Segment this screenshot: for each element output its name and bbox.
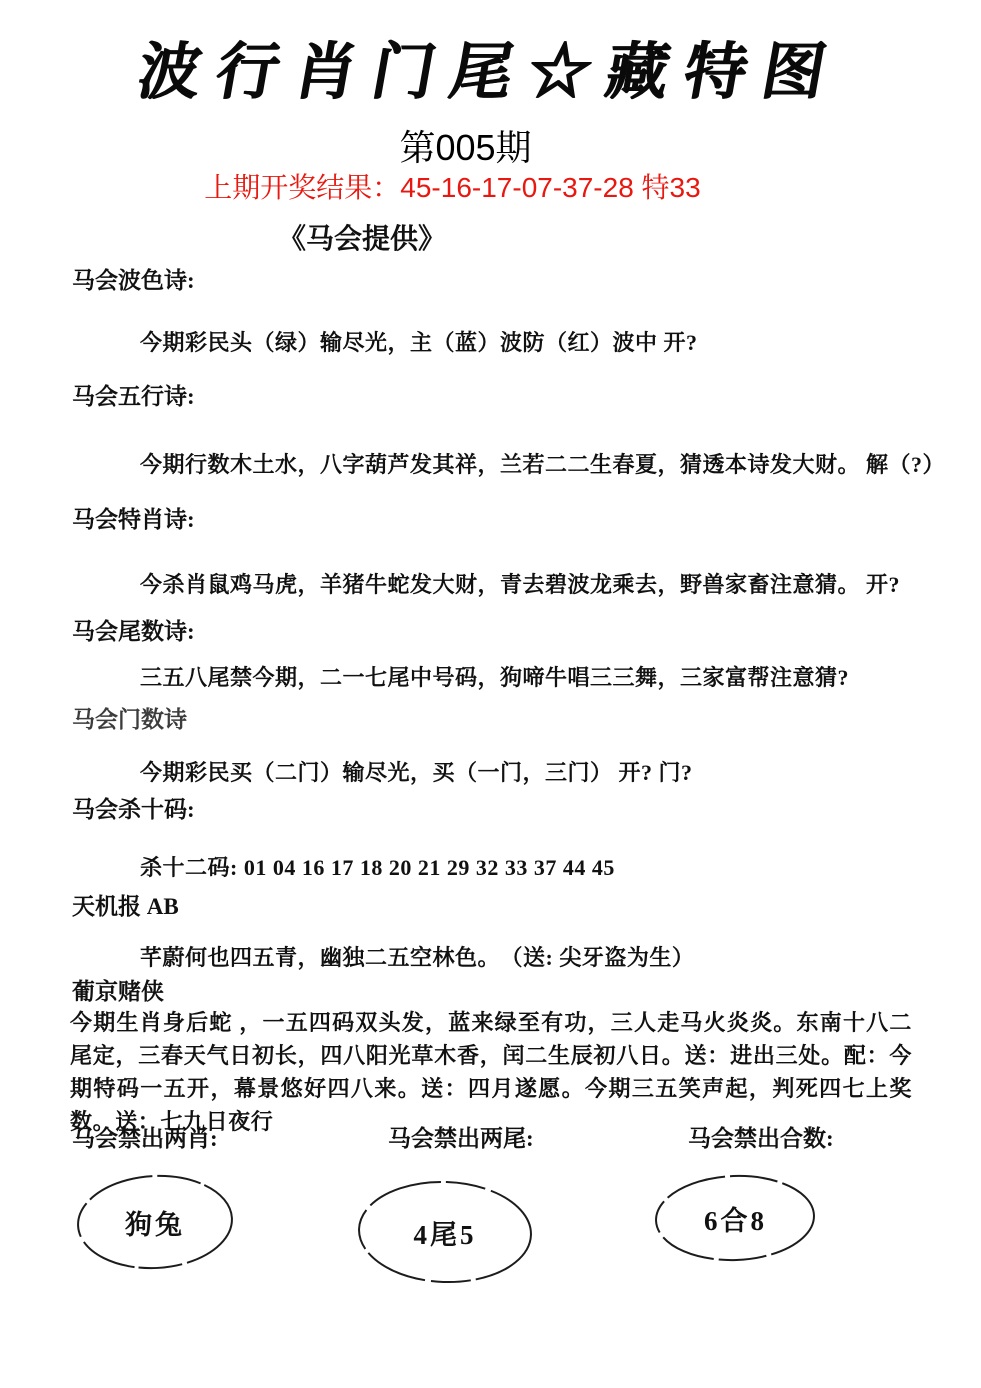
provider-label: 《马会提供》 <box>278 217 446 257</box>
ban-two-tail-value: 4尾5 <box>414 1213 477 1252</box>
ban-two-zodiac-value: 狗兔 <box>125 1203 185 1242</box>
last-draw-result: 上期开奖结果：45-16-17-07-37-28 特33 <box>0 166 943 206</box>
section-content-bose: 今期彩民头（绿）输尽光，主（蓝）波防（红）波中 开? <box>140 326 698 357</box>
section-content-texiao: 今杀肖鼠鸡马虎，羊猪牛蛇发大财，青去碧波龙乘去，野兽家畜注意猜。 开? <box>140 568 900 599</box>
ban-sum-value: 6合8 <box>704 1199 767 1238</box>
section-content-weishu: 三五八尾禁今期，二一七尾中号码，狗啼牛唱三三舞，三家富帮注意猜? <box>140 661 849 692</box>
tipsheet-page: 波行肖门尾☆藏特图 第005期 上期开奖结果：45-16-17-07-37-28… <box>0 0 981 1388</box>
section-content-wuxing: 今期行数木土水，八字葫芦发其祥，兰若二二生春夏，猜透本诗发大财。 解（?） <box>140 448 945 479</box>
section-content-shashima: 杀十二码: 01 04 16 17 18 20 21 29 32 33 37 4… <box>140 851 615 882</box>
ban-two-tail-circle: 4尾5 <box>355 1178 535 1286</box>
pujing-paragraph: 今期生肖身后蛇 ，一五四码双头发，蓝来绿至有功，三人走马火炎炎。东南十八二尾定，… <box>70 1006 912 1138</box>
ban-two-tail-label: 马会禁出两尾: <box>388 1120 534 1153</box>
section-content-tianjibao: 芊蔚何也四五青，幽独二五空林色。 （送: 尖牙盗为生） <box>140 941 694 972</box>
section-heading-pujing: 葡京赌侠 <box>72 973 164 1006</box>
section-heading-wuxing: 马会五行诗: <box>72 378 195 411</box>
ban-two-zodiac-circle: 狗兔 <box>75 1172 235 1272</box>
issue-number: 第005期 <box>0 120 956 171</box>
section-heading-weishu: 马会尾数诗: <box>72 613 195 646</box>
section-heading-bose: 马会波色诗: <box>72 262 195 295</box>
section-content-menshu: 今期彩民买（二门）输尽光，买（一门，三门） 开? 门? <box>140 756 693 787</box>
ban-sum-label: 马会禁出合数: <box>688 1120 834 1153</box>
ban-sum-circle: 6合8 <box>653 1172 818 1264</box>
section-heading-shashima: 马会杀十码: <box>72 791 195 824</box>
ban-two-zodiac-label: 马会禁出两肖: <box>72 1120 218 1153</box>
page-title: 波行肖门尾☆藏特图 <box>0 22 981 111</box>
section-heading-tianjibao: 天机报 AB <box>72 888 179 921</box>
section-heading-menshu: 马会门数诗 <box>72 701 187 734</box>
section-heading-texiao: 马会特肖诗: <box>72 501 195 534</box>
